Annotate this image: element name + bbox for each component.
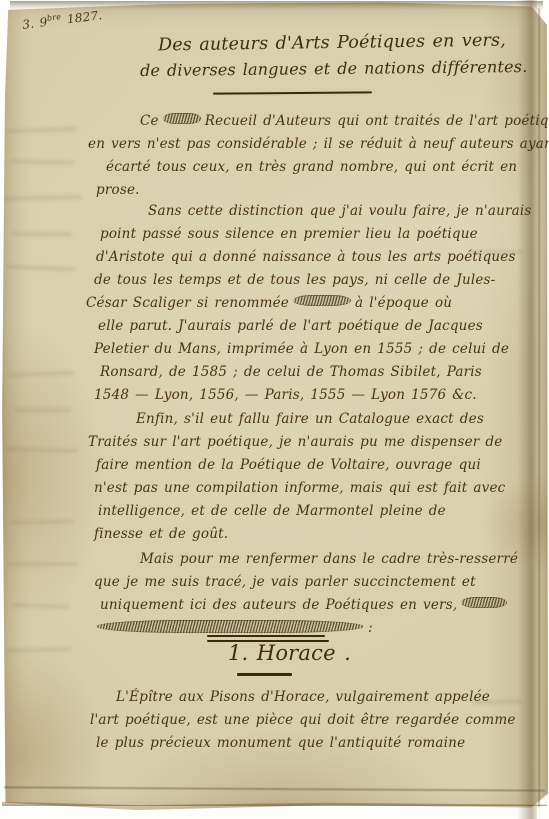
section-rule-upper [207, 635, 325, 637]
manuscript-line: prose. [96, 179, 520, 202]
manuscript-line: L'Épître aux Pisons d'Horace, vulgaireme… [92, 686, 520, 709]
paragraph-3: Enfin, s'il eut fallu faire un Catalogue… [92, 408, 520, 546]
scribbled-out-word [461, 597, 507, 608]
line-text: : [368, 620, 373, 636]
line-text: Recueil d'Auteurs qui ont traités de l'a… [205, 113, 549, 129]
manuscript-line: intelligence, et de celle de Marmontel p… [98, 500, 520, 523]
manuscript-line: le plus précieux monument que l'antiquit… [96, 732, 520, 755]
heading-underline [237, 673, 292, 676]
manuscript-line: point passé sous silence en premier lieu… [100, 223, 520, 246]
manuscript-line: Mais pour me renfermer dans le cadre trè… [92, 548, 520, 571]
line-text: à l'époque où [355, 295, 452, 311]
paragraph-4: Mais pour me renfermer dans le cadre trè… [92, 548, 520, 640]
ink-show-through [12, 232, 72, 236]
scribbled-out-line [96, 620, 364, 633]
manuscript-line: 1548 — Lyon, 1556, — Paris, 1555 — Lyon … [94, 384, 520, 407]
ink-show-through [14, 408, 72, 412]
manuscript-line: uniquement ici des auteurs de Poétiques … [100, 594, 520, 617]
line-text: César Scaliger si renommée [86, 295, 289, 311]
manuscript-line: écarté tous ceux, en très grand nombre, … [106, 156, 520, 179]
manuscript-title-line2: de diverses langues et de nations différ… [140, 57, 528, 80]
scribbled-out-word [163, 113, 201, 124]
manuscript-line: CeRecueil d'Auteurs qui ont traités de l… [92, 110, 520, 133]
manuscript-line: l'art poétique, est une pièce qui doit ê… [90, 709, 520, 732]
manuscript-line: César Scaliger si renomméeà l'époque où [86, 292, 520, 315]
manuscript-line: Enfin, s'il eut fallu faire un Catalogue… [92, 408, 520, 431]
manuscript-line: d'Aristote qui a donné naissance à tous … [96, 246, 520, 269]
manuscript-line: Peletier du Mans, imprimée à Lyon en 155… [94, 338, 520, 361]
manuscript-line: faire mention de la Poétique de Voltaire… [96, 454, 520, 477]
manuscript-line: Ronsard, de 1585 ; de celui de Thomas Si… [100, 361, 520, 384]
manuscript-line: Sans cette distinction que j'ai voulu fa… [92, 200, 520, 223]
manuscript-line: finesse et de goût. [94, 523, 520, 546]
paragraph-2: Sans cette distinction que j'ai voulu fa… [92, 200, 520, 407]
line-text: uniquement ici des auteurs de Poétiques … [100, 597, 457, 613]
manuscript-line: n'est pas une compilation informe, mais … [94, 477, 520, 500]
paragraph-5: L'Épître aux Pisons d'Horace, vulgaireme… [92, 686, 520, 755]
manuscript-line: elle parut. J'aurais parlé de l'art poét… [98, 315, 520, 338]
ink-show-through [8, 562, 78, 566]
paragraph-1: CeRecueil d'Auteurs qui ont traités de l… [92, 110, 520, 202]
scribbled-out-word [293, 295, 351, 306]
manuscript-line: de tous les temps et de tous les pays, n… [94, 269, 520, 292]
manuscript-line: en vers n'est pas considérable ; il se r… [88, 133, 520, 156]
manuscript-line: que je me suis tracé, je vais parler suc… [94, 571, 520, 594]
section-heading-horace: 1. Horace . [228, 641, 351, 665]
manuscript-photo: 3. 9bre 1827. Des auteurs d'Arts Poétiqu… [0, 0, 549, 819]
manuscript-line: Traités sur l'art poétique, je n'aurais … [88, 431, 520, 454]
line-text: Ce [140, 113, 159, 129]
